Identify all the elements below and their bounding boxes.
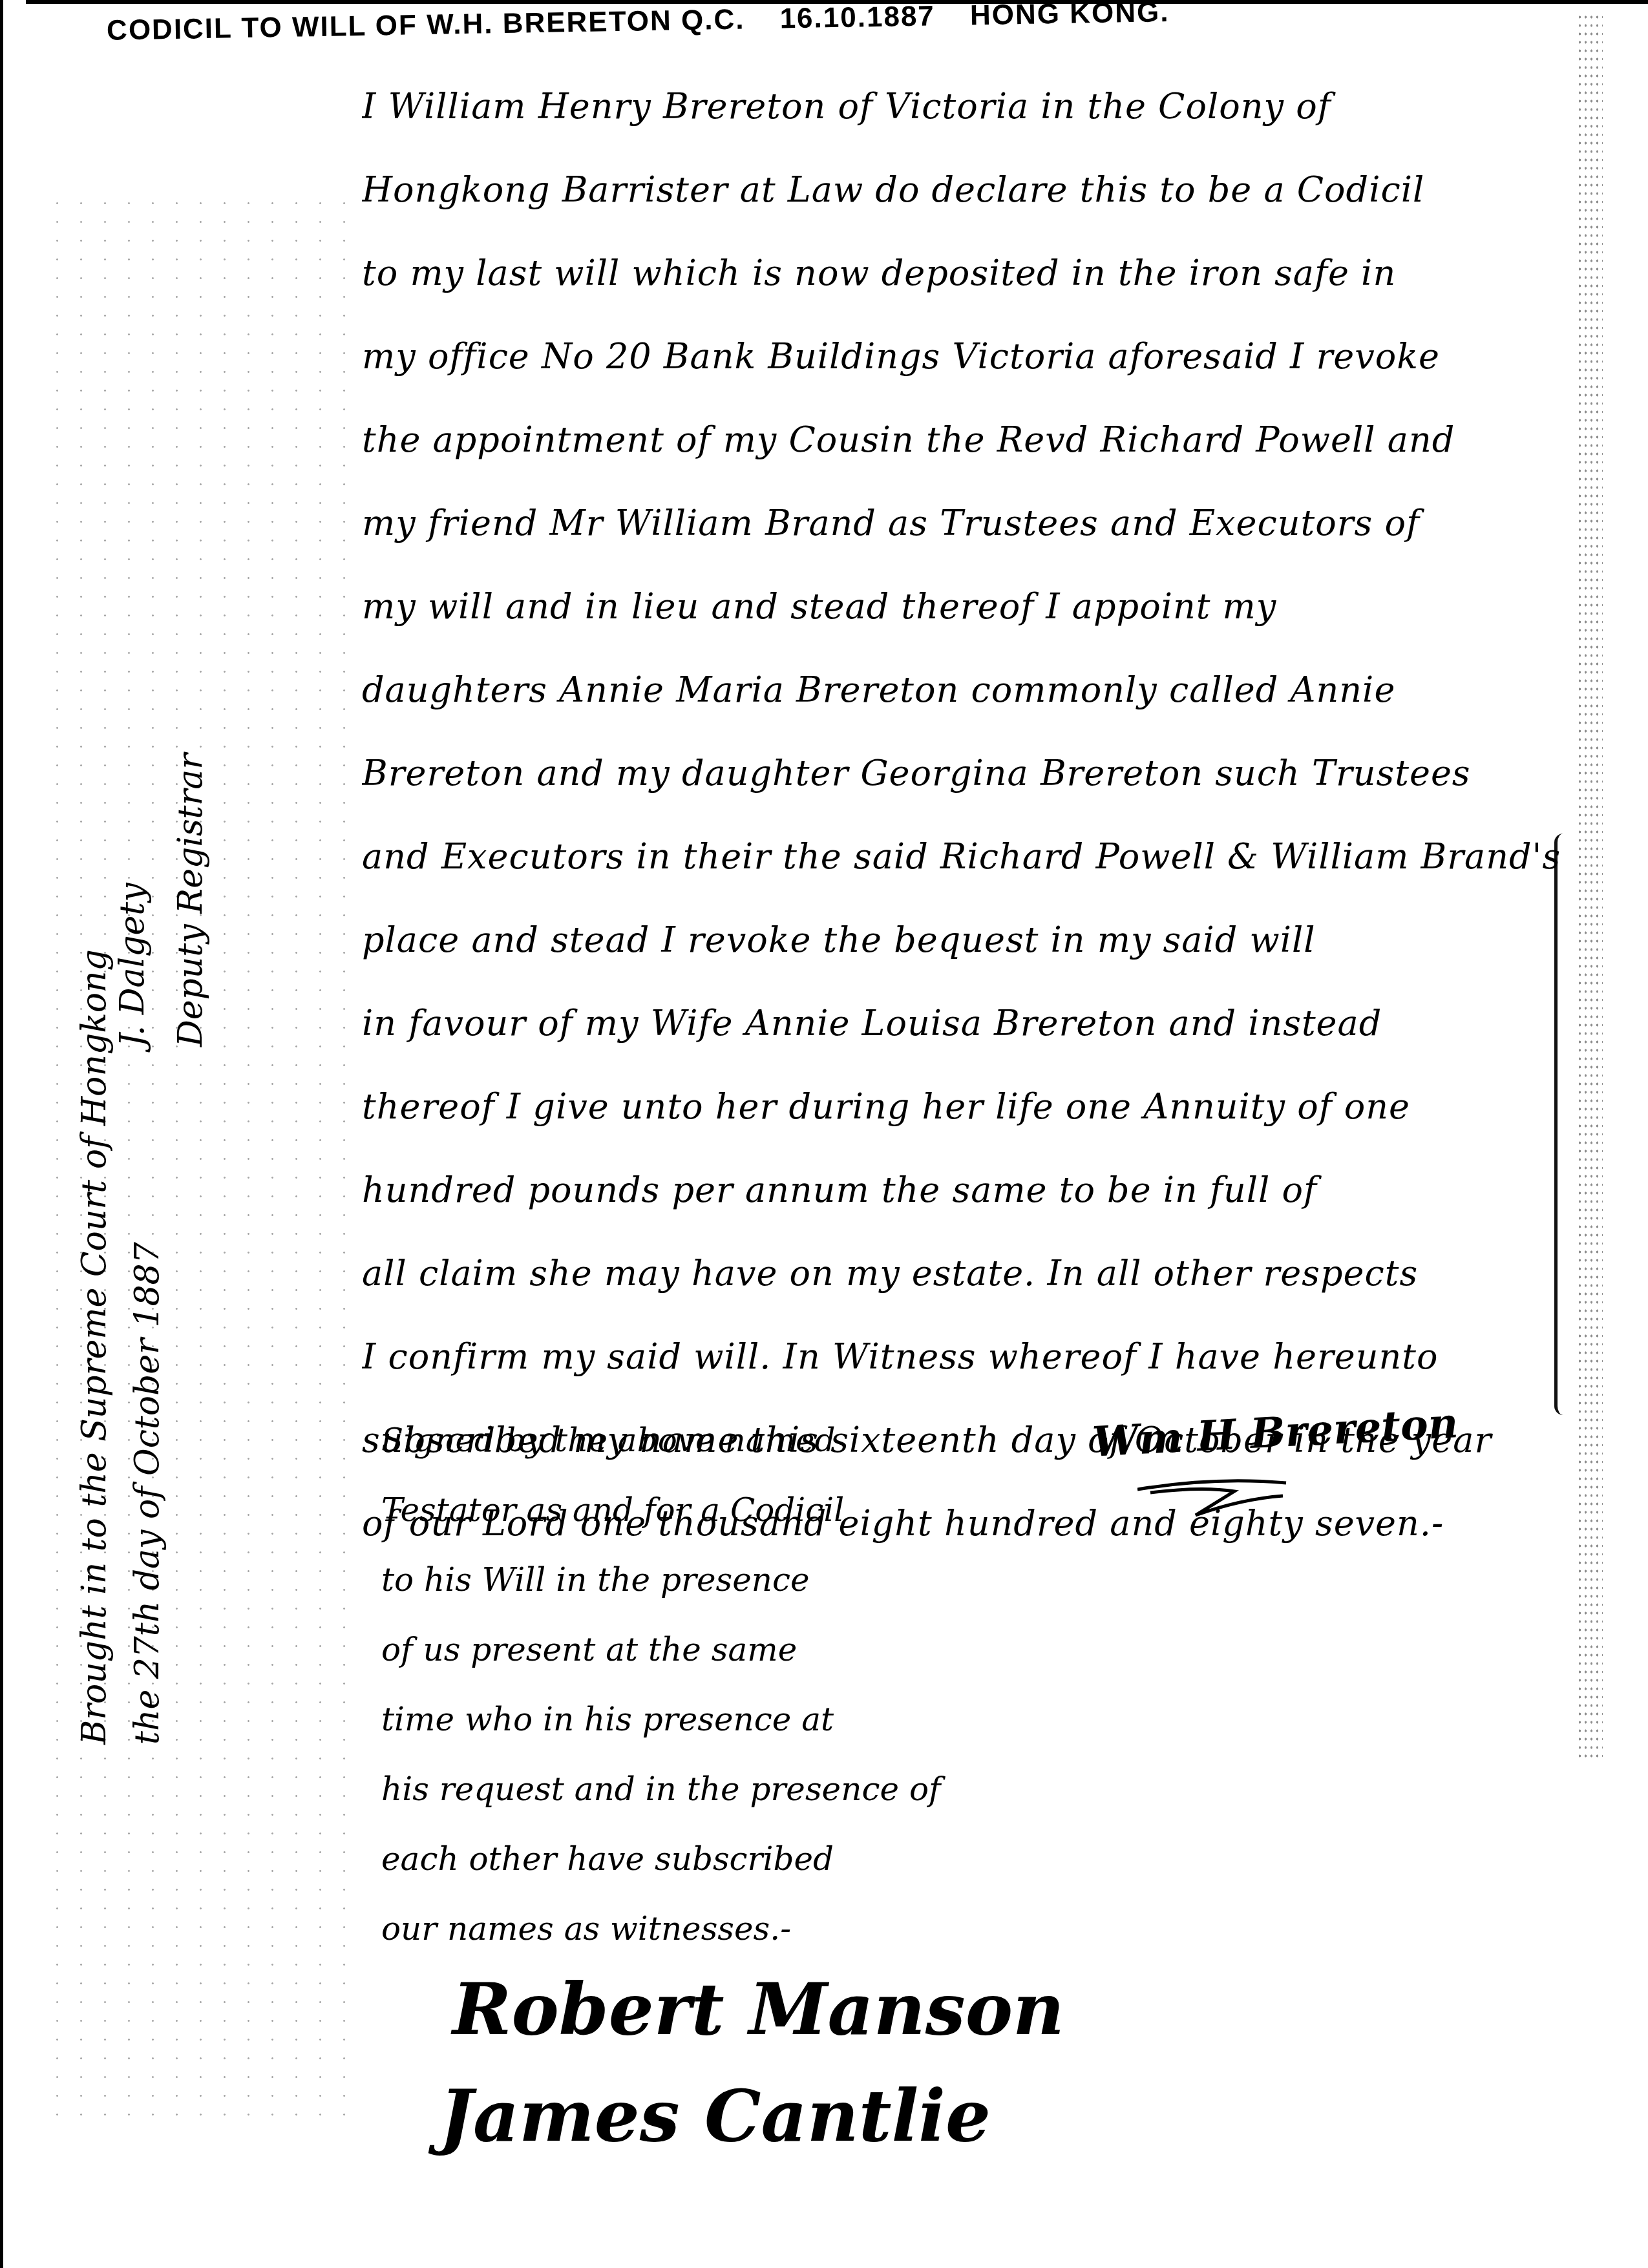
attestation-line: Signed by the above named [381, 1405, 963, 1475]
body-line: my friend Mr William Brand as Trustees a… [362, 481, 1577, 565]
body-line: my will and in lieu and stead thereof I … [362, 565, 1577, 648]
body-line: I confirm my said will. In Witness where… [362, 1315, 1577, 1398]
body-line: and Executors in their the said Richard … [362, 815, 1577, 898]
body-line: the appointment of my Cousin the Revd Ri… [362, 398, 1577, 481]
body-line: my office No 20 Bank Buildings Victoria … [362, 315, 1577, 398]
attestation-line: time who in his presence at [381, 1685, 963, 1754]
scan-speckle-noise-right [1577, 13, 1603, 1758]
body-line: thereof I give unto her during her life … [362, 1065, 1577, 1148]
body-line: place and stead I revoke the bequest in … [362, 898, 1577, 982]
codicil-body: I William Henry Brereton of Victoria in … [362, 65, 1577, 1565]
attestation-line: each other have subscribed [381, 1824, 963, 1894]
witness-signature-2: James Cantlie [439, 2074, 991, 2158]
attestation-line: our names as witnesses.- [381, 1894, 963, 1964]
margin-registrar-signature: J. Dalgety Deputy Registrar [103, 753, 220, 1047]
body-line: to my last will which is now deposited i… [362, 231, 1577, 315]
attestation-line: to his Will in the presence [381, 1545, 963, 1615]
signature-flourish [1137, 1473, 1293, 1518]
registrar-title: Deputy Registrar [162, 753, 220, 1047]
attestation-line: his request and in the presence of [381, 1754, 963, 1824]
body-line: daughters Annie Maria Brereton commonly … [362, 648, 1577, 731]
margin-note-line-1: Brought in to the Supreme Court of Hongk… [68, 949, 121, 1745]
attestation-line: of us present at the same [381, 1615, 963, 1685]
body-line: in favour of my Wife Annie Louisa Breret… [362, 982, 1577, 1065]
body-line: Hongkong Barrister at Law do declare thi… [362, 148, 1577, 231]
attestation-clause: Signed by the above namedTestator as and… [381, 1405, 963, 1964]
body-line: all claim she may have on my estate. In … [362, 1232, 1577, 1315]
attestation-line: Testator as and for a Codicil [381, 1475, 963, 1545]
header-date: 16.10.1887 [779, 0, 935, 34]
header-annotation: CODICIL TO WILL OF W.H. BRERETON Q.C. 16… [107, 0, 1196, 47]
body-line: hundred pounds per annum the same to be … [362, 1148, 1577, 1232]
margin-note-line-2: the 27th day of October 1887 [121, 949, 174, 1745]
margin-filing-note: Brought in to the Supreme Court of Hongk… [68, 949, 174, 1745]
witness-signature-1: Robert Manson [452, 1968, 1064, 2051]
header-place: HONG KONG. [970, 0, 1170, 31]
scan-border-left [0, 0, 3, 2268]
registrar-name: J. Dalgety [103, 753, 162, 1047]
header-title: CODICIL TO WILL OF W.H. BRERETON Q.C. [107, 3, 745, 46]
body-line: Brereton and my daughter Georgina Breret… [362, 731, 1577, 815]
document-page: CODICIL TO WILL OF W.H. BRERETON Q.C. 16… [0, 0, 1648, 2268]
body-line: I William Henry Brereton of Victoria in … [362, 65, 1577, 148]
